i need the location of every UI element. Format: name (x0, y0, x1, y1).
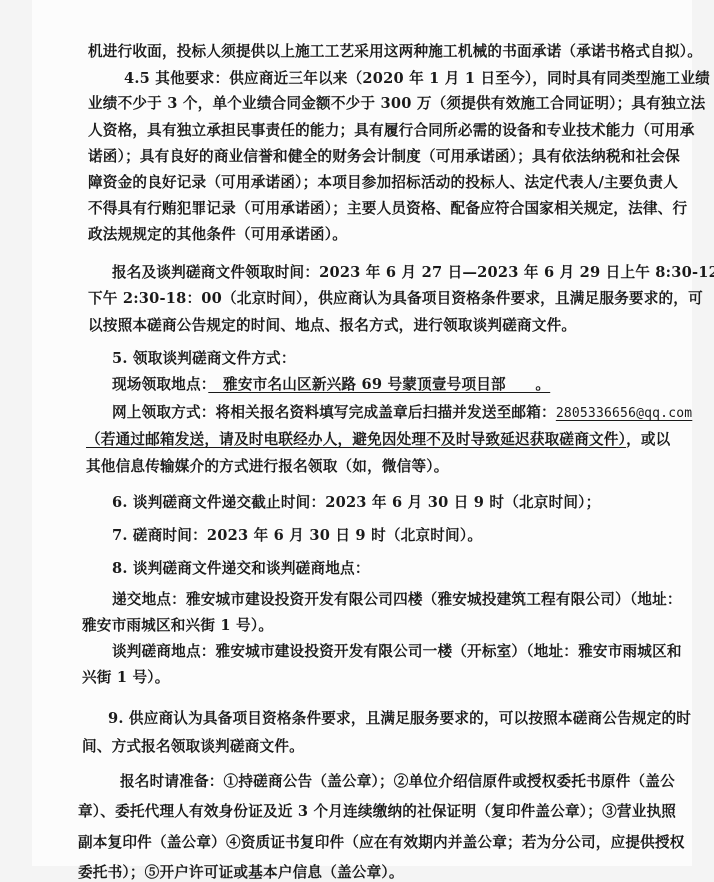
text-line: 机进行收面，投标人须提供以上施工工艺采用这两种施工机械的书面承诺（承诺书格式自拟… (88, 43, 702, 61)
text-line: 4.5 其他要求：供应商近三年以来（2020 年 1 月 1 日至今），同时具有… (124, 70, 710, 88)
text-line: 不得具有行贿犯罪记录（可用承诺函）；主要人员资格、配备应符合国家相关规定，法律、… (88, 200, 687, 218)
text-line: 以按照本磋商公告规定的时间、地点、报名方式，进行领取谈判磋商文件。 (88, 317, 576, 335)
text-line: 报名及谈判磋商文件领取时间：2023 年 6 月 27 日—2023 年 6 月… (112, 264, 714, 282)
text-line: 间、方式报名领取谈判磋商文件。 (82, 738, 304, 756)
email-address[interactable]: 2805336656@qq.com (556, 406, 692, 421)
text-line: 报名时请准备：①持磋商公告（盖公章）；②单位介绍信原件或授权委托书原件（盖公 (120, 773, 675, 791)
text-line: 递交地点：雅安城市建设投资开发有限公司四楼（雅安城投建筑工程有限公司）（地址： (112, 591, 682, 609)
text-line: 诺函）；具有良好的商业信誉和健全的财务会计制度（可用承诺函）；具有依法纳税和社会… (88, 148, 680, 166)
text-line: 业绩不少于 3 个，单个业绩合同金额不少于 300 万（须提供有效施工合同证明）… (88, 95, 705, 113)
email-note: （若通过邮箱发送，请及时电联经办人，避免因处理不及时导致延迟获取磋商文件） (86, 431, 626, 448)
text-line: 其他信息传输媒介的方式进行报名领取（如，微信等）。 (86, 458, 449, 476)
text-line: 人资格，具有独立承担民事责任的能力；具有履行合同所必需的设备和专业技术能力（可用… (88, 122, 695, 140)
section-heading: 5. 领取谈判磋商文件方式： (112, 350, 296, 368)
email-note-suffix: ，或以 (626, 431, 670, 448)
onsite-pickup-label: 现场领取地点： (112, 376, 208, 393)
section-heading: 7. 磋商时间：2023 年 6 月 30 日 9 时（北京时间）。 (112, 527, 482, 545)
text-line: 下午 2:30-18：00（北京时间），供应商认为具备项目资格条件要求，且满足服… (88, 290, 703, 308)
text-line: 政法规规定的其他条件（可用承诺函）。 (88, 226, 347, 244)
section-heading: 9. 供应商认为具备项目资格条件要求，且满足服务要求的，可以按照本磋商公告规定的… (108, 710, 691, 728)
onsite-pickup-address: 雅安市名山区新兴路 69 号蒙顶壹号项目部 。 (208, 376, 550, 393)
email-note-line: （若通过邮箱发送，请及时电联经办人，避免因处理不及时导致延迟获取磋商文件），或以 (86, 431, 670, 449)
text-line: 雅安市雨城区和兴街 1 号）。 (82, 617, 273, 635)
onsite-pickup-line: 现场领取地点： 雅安市名山区新兴路 69 号蒙顶壹号项目部 。 (112, 376, 550, 394)
online-pickup-line: 网上领取方式：将相关报名资料填写完成盖章后扫描并发送至邮箱：2805336656… (112, 404, 692, 423)
online-pickup-label: 网上领取方式：将相关报名资料填写完成盖章后扫描并发送至邮箱： (112, 404, 556, 421)
text-line: 兴街 1 号）。 (82, 669, 170, 687)
section-heading: 6. 谈判磋商文件递交截止时间：2023 年 6 月 30 日 9 时（北京时间… (112, 494, 600, 512)
text-line: 障资金的良好记录（可用承诺函）；本项目参加招标活动的投标人、法定代表人/主要负责… (88, 174, 678, 192)
text-line: 章）、委托代理人有效身份证及近 3 个月连续缴纳的社保证明（复印件盖公章）；③营… (78, 803, 676, 821)
section-heading: 8. 谈判磋商文件递交和谈判磋商地点： (112, 560, 370, 578)
text-line: 副本复印件（盖公章）④资质证书复印件（应在有效期内并盖公章；若为分公司，应提供授… (78, 834, 685, 852)
text-line: 谈判磋商地点：雅安城市建设投资开发有限公司一楼（开标室）（地址：雅安市雨城区和 (112, 643, 682, 661)
